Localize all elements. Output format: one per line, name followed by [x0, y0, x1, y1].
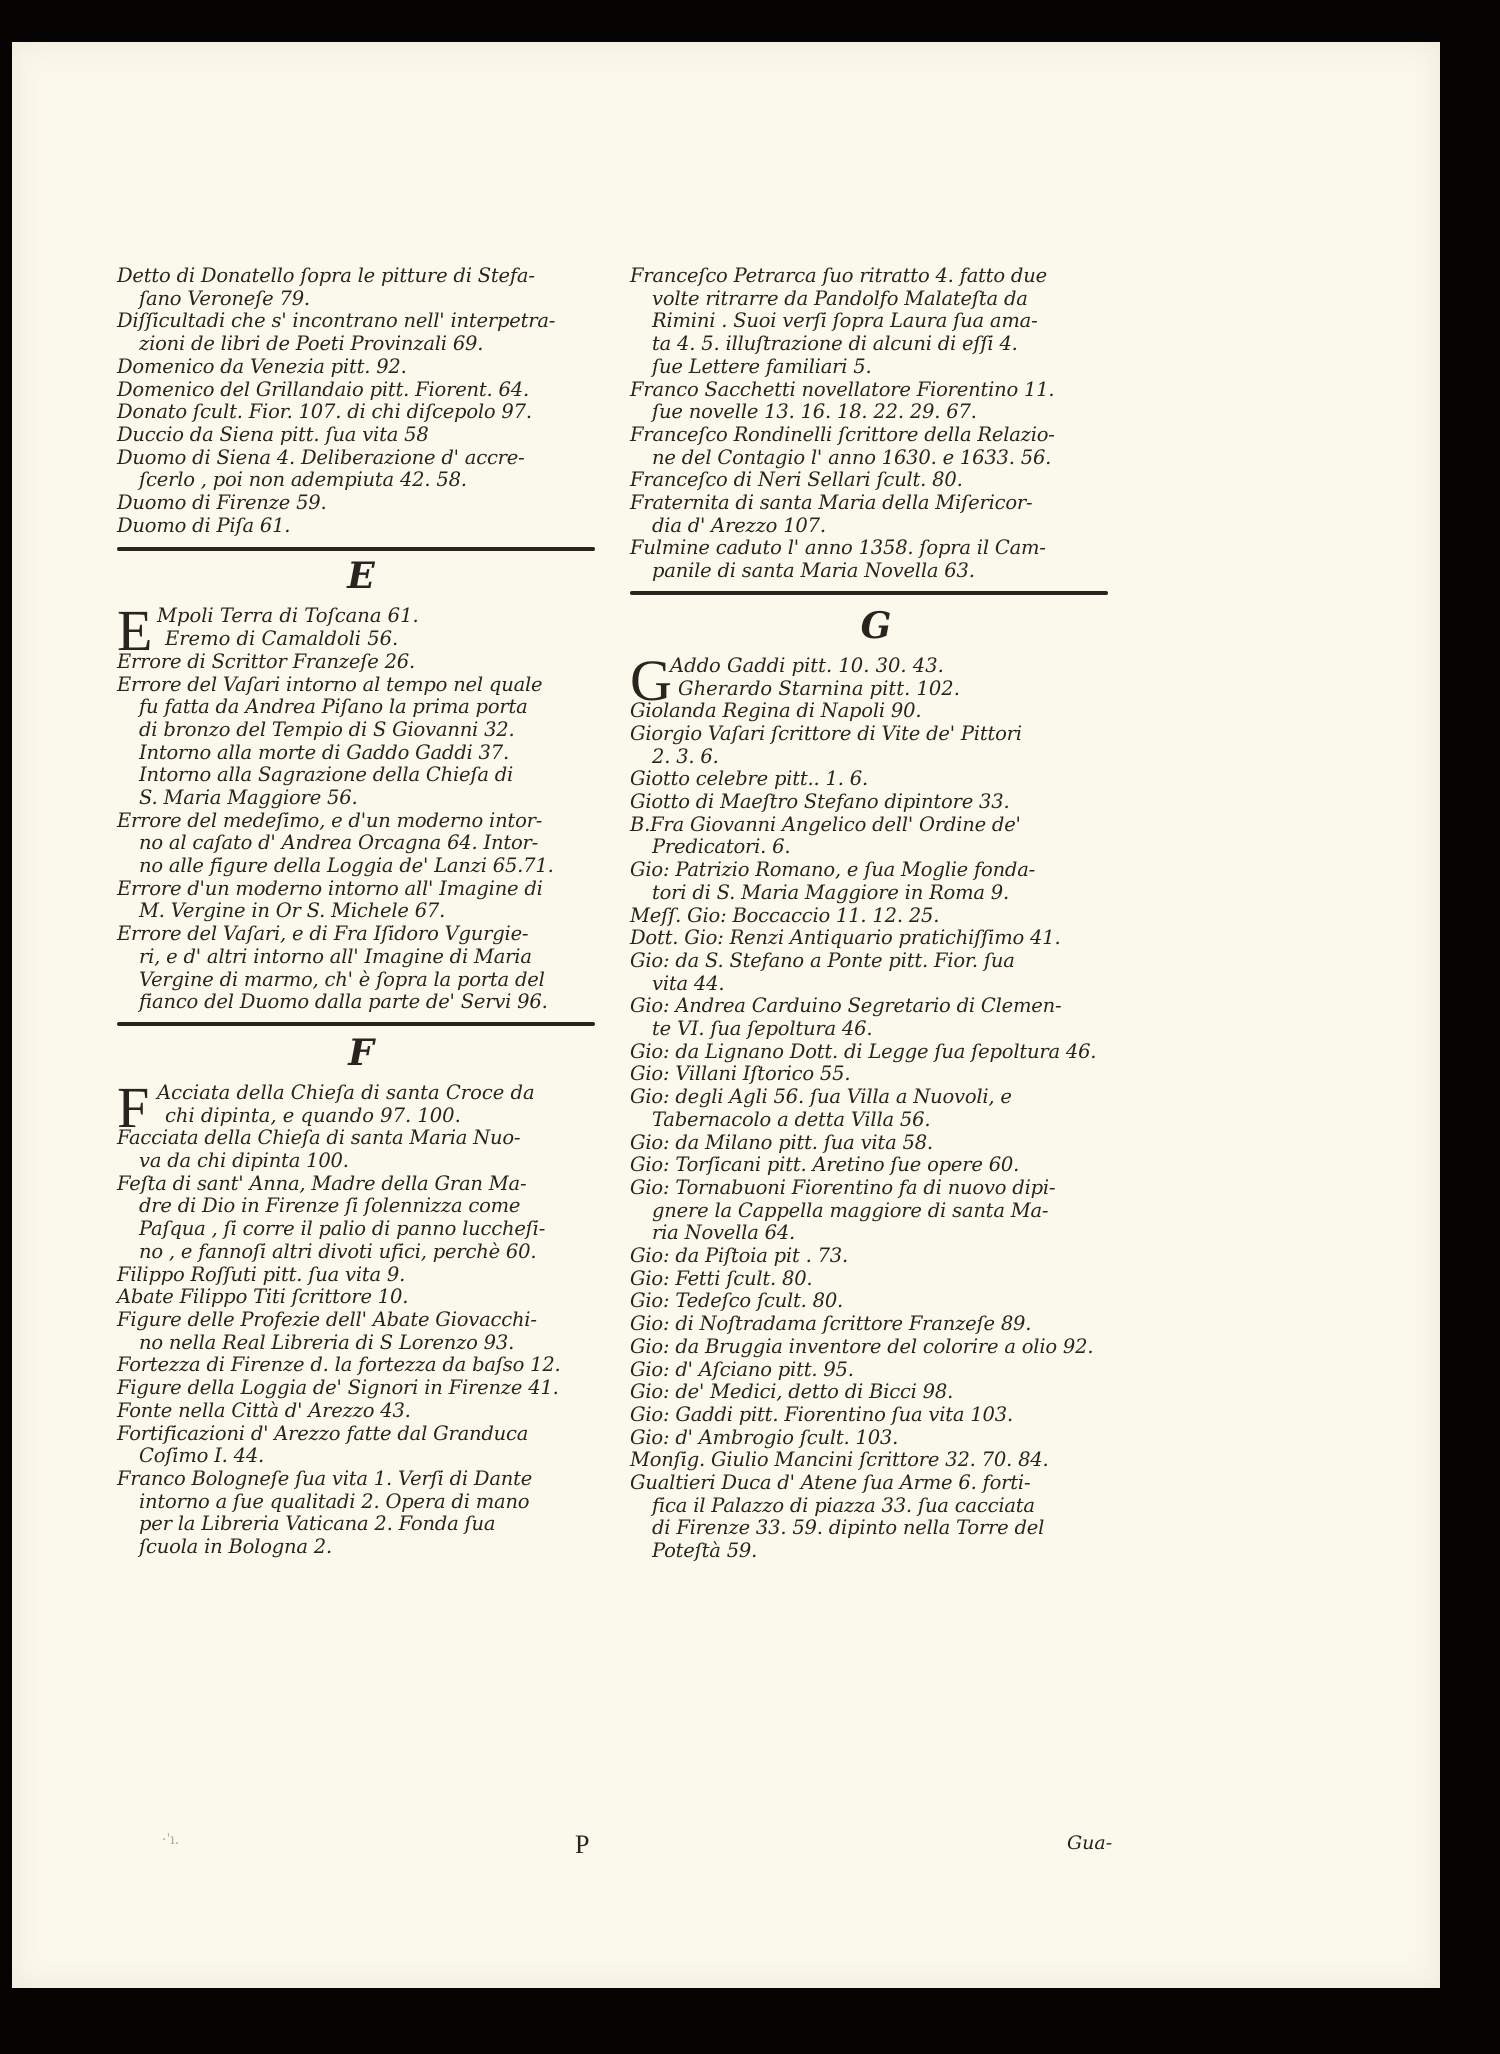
entry-text: Duomo di Siena 4. Deliberazione d' accre… — [117, 447, 605, 470]
entry-text: Fortificazioni d' Arezzo fatte dal Grand… — [117, 1423, 605, 1446]
index-entry: Giotto celebre pitt.. 1. 6. — [630, 768, 1122, 791]
entry-text: Giolanda Regina di Napoli 90. — [630, 700, 1122, 723]
index-entry: Feſta di sant' Anna, Madre della Gran Ma… — [117, 1173, 605, 1264]
entry-continuation: dia d' Arezzo 107. — [630, 515, 1122, 538]
entry-text: Donato ſcult. Fior. 107. di chi diſcepol… — [117, 401, 605, 424]
entry-continuation: te VI. ſua ſepoltura 46. — [630, 1018, 1122, 1041]
entry-continuation: ne del Contagio l' anno 1630. e 1633. 56… — [630, 447, 1122, 470]
entry-text: Giotto di Maeſtro Stefano dipintore 33. — [630, 791, 1122, 814]
entry-text: Errore del medeſimo, e d'un moderno into… — [117, 810, 605, 833]
entry-text: Fraternita di santa Maria della Miſerico… — [630, 492, 1122, 515]
index-entry: Fraternita di santa Maria della Miſerico… — [630, 492, 1122, 537]
index-entry: Dott. Gio: Renzi Antiquario pratichiſſim… — [630, 927, 1122, 950]
index-entry: Gio: d' Aſciano pitt. 95. — [630, 1359, 1122, 1382]
entry-text: Gio: Villani Iſtorico 55. — [630, 1063, 1122, 1086]
entry-text: Franceſco di Neri Sellari ſcult. 80. — [630, 469, 1122, 492]
catchword: Gua- — [1067, 1832, 1112, 1854]
index-entry: Franco Sacchetti novellatore Fiorentino … — [630, 379, 1122, 424]
entry-text: Errore del Vaſari, e di Fra Iſidoro Vgur… — [117, 923, 605, 946]
entry-continuation: vita 44. — [630, 973, 1122, 996]
entry-text: Meſſ. Gio: Boccaccio 11. 12. 25. — [630, 905, 1122, 928]
entry-continuation: fica il Palazzo di piazza 33. ſua caccia… — [630, 1495, 1122, 1518]
entry-text: Franco Bologneſe ſua vita 1. Verſi di Da… — [117, 1468, 605, 1491]
index-entry: Duomo di Siena 4. Deliberazione d' accre… — [117, 447, 605, 492]
index-entry: Giorgio Vaſari ſcrittore di Vite de' Pit… — [630, 723, 1122, 768]
index-entry: Gio: d' Ambrogio ſcult. 103. — [630, 1427, 1122, 1450]
index-entry: Gio: di Noſtradama ſcrittore Franzeſe 89… — [630, 1313, 1122, 1336]
entry-text: Abate Filippo Titi ſcrittore 10. — [117, 1286, 605, 1309]
index-entry: Domenico del Grillandaio pitt. Fiorent. … — [117, 379, 605, 402]
entry-continuation: no al caſato d' Andrea Orcagna 64. Intor… — [117, 832, 605, 855]
entry-text: Gio: Tornabuoni Fiorentino fa di nuovo d… — [630, 1177, 1122, 1200]
entry-continuation: va da chi dipinta 100. — [117, 1150, 605, 1173]
index-entry: Gio: da Piſtoia pit . 73. — [630, 1245, 1122, 1268]
section-divider-rule — [117, 547, 595, 551]
entry-continuation: gnere la Cappella maggiore di santa Ma- — [630, 1200, 1122, 1223]
entry-text: Gio: da Milano pitt. ſua vita 58. — [630, 1132, 1122, 1155]
section-divider-rule — [630, 591, 1108, 595]
drop-cap-line: chi dipinta, e quando 97. 100. — [165, 1105, 461, 1128]
index-entry: Gio: Gaddi pitt. Fiorentino ſua vita 103… — [630, 1404, 1122, 1427]
entry-text: Feſta di sant' Anna, Madre della Gran Ma… — [117, 1173, 605, 1196]
section-heading-letter: F — [117, 1032, 605, 1074]
entry-continuation: Predicatori. 6. — [630, 836, 1122, 859]
drop-cap-line: Mpoli Terra di Toſcana 61. — [157, 605, 419, 628]
entry-text: Giorgio Vaſari ſcrittore di Vite de' Pit… — [630, 723, 1122, 746]
entry-text: Fortezza di Firenze d. la fortezza da ba… — [117, 1354, 605, 1377]
entry-continuation: volte ritrarre da Pandolfo Malateſta da — [630, 288, 1122, 311]
entry-text: Gualtieri Duca d' Atene ſua Arme 6. fort… — [630, 1472, 1122, 1495]
entry-text: Gio: Gaddi pitt. Fiorentino ſua vita 103… — [630, 1404, 1122, 1427]
index-entry: Fonte nella Città d' Arezzo 43. — [117, 1400, 605, 1423]
index-entry: Gio: Patrizio Romano, e ſua Moglie fonda… — [630, 859, 1122, 904]
index-entry: Gio: Villani Iſtorico 55. — [630, 1063, 1122, 1086]
entry-continuation: M. Vergine in Or S. Michele 67. — [117, 900, 605, 923]
index-entry: Errore del Vaſari intorno al tempo nel q… — [117, 674, 605, 810]
section-heading-letter: E — [117, 555, 605, 597]
entry-text: Gio: Tedeſco ſcult. 80. — [630, 1290, 1122, 1313]
entry-continuation: Tabernacolo a detta Villa 56. — [630, 1109, 1122, 1132]
entry-text: Gio: Torſicani pitt. Aretino ſue opere 6… — [630, 1154, 1122, 1177]
entry-text: Errore d'un moderno intorno all' Imagine… — [117, 878, 605, 901]
index-entry: Errore del medeſimo, e d'un moderno into… — [117, 810, 605, 878]
index-entry: Gualtieri Duca d' Atene ſua Arme 6. fort… — [630, 1472, 1122, 1563]
book-page: Detto di Donatello ſopra le pitture di S… — [12, 42, 1440, 1988]
drop-cap-line: Gherardo Starnina pitt. 102. — [678, 678, 960, 701]
index-entry: Detto di Donatello ſopra le pitture di S… — [117, 265, 605, 310]
entry-text: Errore del Vaſari intorno al tempo nel q… — [117, 674, 605, 697]
entry-continuation: Paſqua , ſi corre il palio di panno lucc… — [117, 1218, 605, 1241]
index-entry: Giolanda Regina di Napoli 90. — [630, 700, 1122, 723]
entry-text: Gio: d' Ambrogio ſcult. 103. — [630, 1427, 1122, 1450]
entry-text: Diſſicultadi che s' incontrano nell' int… — [117, 310, 605, 333]
entry-text: Duomo di Firenze 59. — [117, 492, 605, 515]
entry-continuation: ſano Veroneſe 79. — [117, 288, 605, 311]
entry-text: Gio: Patrizio Romano, e ſua Moglie fonda… — [630, 859, 1122, 882]
index-entry: Franceſco Petrarca ſuo ritratto 4. fatto… — [630, 265, 1122, 378]
entry-continuation: panile di santa Maria Novella 63. — [630, 560, 1122, 583]
entry-text: Gio: Fetti ſcult. 80. — [630, 1268, 1122, 1291]
entry-text: Gio: de' Medici, detto di Bicci 98. — [630, 1381, 1122, 1404]
index-entry: Figure delle Profezie dell' Abate Giovac… — [117, 1309, 605, 1354]
entry-continuation: ri, e d' altri intorno all' Imagine di M… — [117, 946, 605, 969]
signature-mark: P — [575, 1830, 589, 1860]
entry-text: Figure della Loggia de' Signori in Firen… — [117, 1377, 605, 1400]
index-entry: Gio: Torſicani pitt. Aretino ſue opere 6… — [630, 1154, 1122, 1177]
index-entry: Figure della Loggia de' Signori in Firen… — [117, 1377, 605, 1400]
index-entry: Gio: degli Agli 56. ſua Villa a Nuovoli,… — [630, 1086, 1122, 1131]
entry-text: Duomo di Piſa 61. — [117, 515, 605, 538]
index-entry: Meſſ. Gio: Boccaccio 11. 12. 25. — [630, 905, 1122, 928]
index-entry: Gio: da Milano pitt. ſua vita 58. — [630, 1132, 1122, 1155]
index-entry: Gio: Tornabuoni Fiorentino fa di nuovo d… — [630, 1177, 1122, 1245]
entry-continuation: ta 4. 5. illuſtrazione di alcuni di eſſi… — [630, 333, 1122, 356]
entry-text: Franceſco Petrarca ſuo ritratto 4. fatto… — [630, 265, 1122, 288]
entry-text: Gio: Andrea Carduino Segretario di Cleme… — [630, 995, 1122, 1018]
index-entry: Franceſco Rondinelli ſcrittore della Rel… — [630, 424, 1122, 469]
entry-continuation: di bronzo del Tempio di S Giovanni 32. — [117, 719, 605, 742]
entry-continuation: zioni de libri de Poeti Provinzali 69. — [117, 333, 605, 356]
entry-continuation: Rimini . Suoi verſi ſopra Laura ſua ama- — [630, 310, 1122, 333]
index-entry: Errore del Vaſari, e di Fra Iſidoro Vgur… — [117, 923, 605, 1014]
section-divider-rule — [117, 1022, 595, 1026]
index-entry: Gio: Fetti ſcult. 80. — [630, 1268, 1122, 1291]
entry-continuation: no nella Real Libreria di S Lorenzo 93. — [117, 1332, 605, 1355]
entry-text: Facciata della Chieſa di santa Maria Nuo… — [117, 1127, 605, 1150]
entry-text: B.Fra Giovanni Angelico dell' Ordine de' — [630, 814, 1122, 837]
index-entry: Gio: de' Medici, detto di Bicci 98. — [630, 1381, 1122, 1404]
entry-text: Gio: da Lignano Dott. di Legge ſua ſepol… — [630, 1041, 1122, 1064]
entry-continuation: fianco del Duomo dalla parte de' Servi 9… — [117, 991, 605, 1014]
entry-continuation: di Firenze 33. 59. dipinto nella Torre d… — [630, 1517, 1122, 1540]
entry-continuation: 2. 3. 6. — [630, 746, 1122, 769]
entry-continuation: Intorno alla morte di Gaddo Gaddi 37. — [117, 742, 605, 765]
entry-continuation: Intorno alla Sagrazione della Chieſa di — [117, 764, 605, 787]
index-entry: Franco Bologneſe ſua vita 1. Verſi di Da… — [117, 1468, 605, 1559]
entry-continuation: no , e fannoſi altri divoti ufici, perch… — [117, 1241, 605, 1264]
entry-continuation: ſue novelle 13. 16. 18. 22. 29. 67. — [630, 401, 1122, 424]
index-entry: Duomo di Firenze 59. — [117, 492, 605, 515]
entry-text: Gio: da Piſtoia pit . 73. — [630, 1245, 1122, 1268]
entry-continuation: ſue Lettere familiari 5. — [630, 356, 1122, 379]
index-entry: Gio: da S. Stefano a Ponte pitt. Fior. ſ… — [630, 950, 1122, 995]
drop-cap-line: Addo Gaddi pitt. 10. 30. 43. — [670, 655, 944, 678]
index-entry: Fortificazioni d' Arezzo fatte dal Grand… — [117, 1423, 605, 1468]
drop-cap-line: Eremo di Camaldoli 56. — [165, 628, 398, 651]
entry-text: Dott. Gio: Renzi Antiquario pratichiſſim… — [630, 927, 1122, 950]
entry-text: Filippo Roſſuti pitt. ſua vita 9. — [117, 1264, 605, 1287]
entry-continuation: per la Libreria Vaticana 2. Fonda ſua — [117, 1513, 605, 1536]
entry-text: Fonte nella Città d' Arezzo 43. — [117, 1400, 605, 1423]
index-entry: Filippo Roſſuti pitt. ſua vita 9. — [117, 1264, 605, 1287]
entry-text: Gio: da S. Stefano a Ponte pitt. Fior. ſ… — [630, 950, 1122, 973]
index-entry: Errore di Scrittor Franzeſe 26. — [117, 651, 605, 674]
ink-smudge: ·ˈı. — [162, 1832, 179, 1848]
index-entry: Monſig. Giulio Mancini ſcrittore 32. 70.… — [630, 1449, 1122, 1472]
drop-cap: G — [630, 657, 672, 705]
index-entry: Fortezza di Firenze d. la fortezza da ba… — [117, 1354, 605, 1377]
section-heading-letter: G — [630, 605, 1122, 647]
index-entry: Facciata della Chieſa di santa Maria Nuo… — [117, 1127, 605, 1172]
index-entry: Diſſicultadi che s' incontrano nell' int… — [117, 310, 605, 355]
index-entry: Gio: da Lignano Dott. di Legge ſua ſepol… — [630, 1041, 1122, 1064]
entry-text: Detto di Donatello ſopra le pitture di S… — [117, 265, 605, 288]
index-entry: Abate Filippo Titi ſcrittore 10. — [117, 1286, 605, 1309]
index-entry: Donato ſcult. Fior. 107. di chi diſcepol… — [117, 401, 605, 424]
entry-continuation: ſcerlo , poi non adempiuta 42. 58. — [117, 469, 605, 492]
index-entry: Domenico da Venezia pitt. 92. — [117, 356, 605, 379]
entry-continuation: S. Maria Maggiore 56. — [117, 787, 605, 810]
entry-continuation: Vergine di marmo, ch' è ſopra la porta d… — [117, 969, 605, 992]
index-entry: B.Fra Giovanni Angelico dell' Ordine de'… — [630, 814, 1122, 859]
entry-text: Duccio da Siena pitt. ſua vita 58 — [117, 424, 605, 447]
entry-continuation: fu fatta da Andrea Piſano la prima porta — [117, 696, 605, 719]
drop-cap: F — [117, 1084, 149, 1132]
entry-text: Gio: di Noſtradama ſcrittore Franzeſe 89… — [630, 1313, 1122, 1336]
index-entry: Fulmine caduto l' anno 1358. ſopra il Ca… — [630, 537, 1122, 582]
entry-continuation: ſcuola in Bologna 2. — [117, 1536, 605, 1559]
index-entry: Giotto di Maeſtro Stefano dipintore 33. — [630, 791, 1122, 814]
index-entry: Gio: da Bruggia inventore del colorire a… — [630, 1336, 1122, 1359]
entry-text: Gio: degli Agli 56. ſua Villa a Nuovoli,… — [630, 1086, 1122, 1109]
entry-continuation: intorno a ſue qualitadi 2. Opera di mano — [117, 1491, 605, 1514]
entry-text: Giotto celebre pitt.. 1. 6. — [630, 768, 1122, 791]
entry-text: Franco Sacchetti novellatore Fiorentino … — [630, 379, 1122, 402]
entry-continuation: tori di S. Maria Maggiore in Roma 9. — [630, 882, 1122, 905]
index-entry: Franceſco di Neri Sellari ſcult. 80. — [630, 469, 1122, 492]
entry-text: Figure delle Profezie dell' Abate Giovac… — [117, 1309, 605, 1332]
drop-cap-line: Acciata della Chieſa di santa Croce da — [157, 1082, 535, 1105]
entry-text: Fulmine caduto l' anno 1358. ſopra il Ca… — [630, 537, 1122, 560]
entry-text: Domenico da Venezia pitt. 92. — [117, 356, 605, 379]
entry-text: Gio: d' Aſciano pitt. 95. — [630, 1359, 1122, 1382]
entry-continuation: no alle figure della Loggia de' Lanzi 65… — [117, 855, 605, 878]
entry-continuation: Poteſtà 59. — [630, 1540, 1122, 1563]
entry-text: Errore di Scrittor Franzeſe 26. — [117, 651, 605, 674]
entry-continuation: ria Novella 64. — [630, 1222, 1122, 1245]
entry-text: Gio: da Bruggia inventore del colorire a… — [630, 1336, 1122, 1359]
entry-continuation: dre di Dio in Firenze ſi ſolennizza come — [117, 1195, 605, 1218]
entry-text: Franceſco Rondinelli ſcrittore della Rel… — [630, 424, 1122, 447]
index-entry: Duomo di Piſa 61. — [117, 515, 605, 538]
index-entry: Errore d'un moderno intorno all' Imagine… — [117, 878, 605, 923]
entry-text: Monſig. Giulio Mancini ſcrittore 32. 70.… — [630, 1449, 1122, 1472]
drop-cap: E — [117, 607, 152, 655]
index-entry: Gio: Tedeſco ſcult. 80. — [630, 1290, 1122, 1313]
entry-continuation: Coſimo I. 44. — [117, 1445, 605, 1468]
index-entry: Gio: Andrea Carduino Segretario di Cleme… — [630, 995, 1122, 1040]
entry-text: Domenico del Grillandaio pitt. Fiorent. … — [117, 379, 605, 402]
index-entry: Duccio da Siena pitt. ſua vita 58 — [117, 424, 605, 447]
